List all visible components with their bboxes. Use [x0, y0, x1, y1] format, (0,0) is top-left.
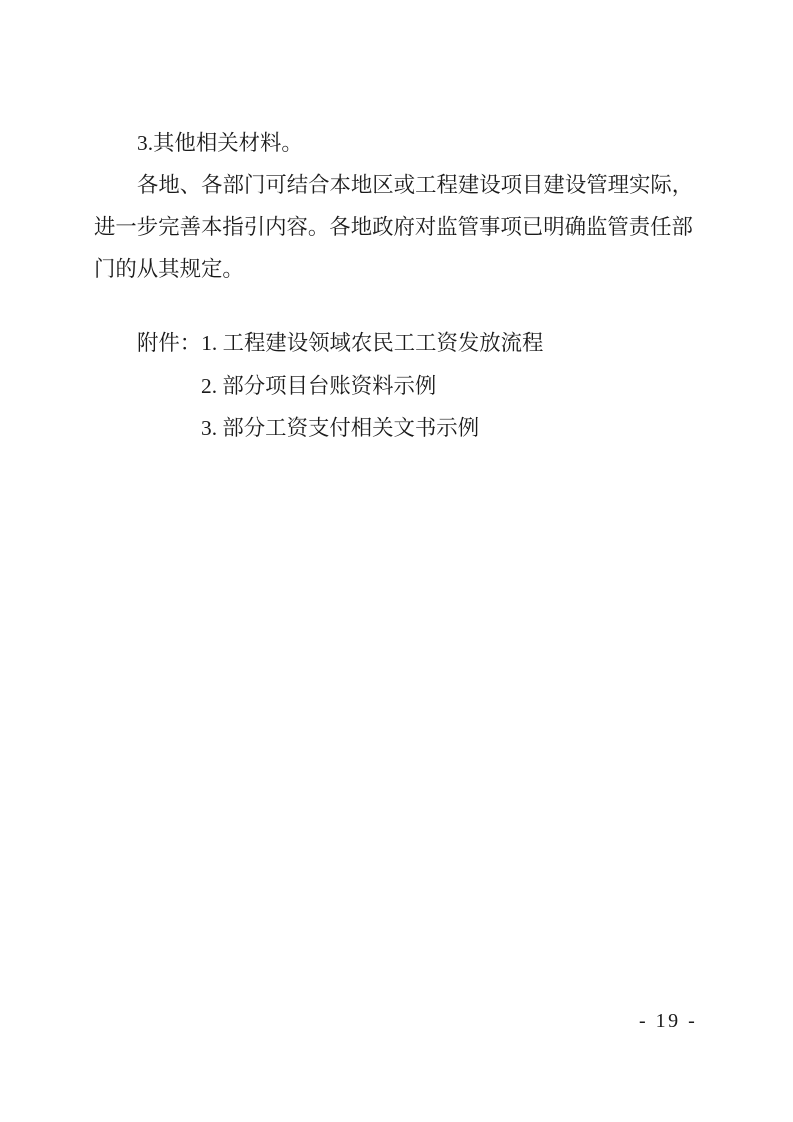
paragraph-line-2: 进一步完善本指引内容。各地政府对监管事项已明确监管责任部 — [94, 206, 754, 248]
attachment-line-1: 附件：1. 工程建设领域农民工工资发放流程 — [94, 322, 754, 365]
paragraph-line-1: 各地、各部门可结合本地区或工程建设项目建设管理实际， — [94, 164, 754, 206]
body-text: 3.其他相关材料。 各地、各部门可结合本地区或工程建设项目建设管理实际， 进一步… — [94, 122, 754, 290]
attachment-item-3: 3. 部分工资支付相关文书示例 — [94, 407, 754, 450]
attachments-block: 附件：1. 工程建设领域农民工工资发放流程 2. 部分项目台账资料示例 3. 部… — [94, 322, 754, 450]
paragraph-line-3: 门的从其规定。 — [94, 248, 754, 290]
document-page: 3.其他相关材料。 各地、各部门可结合本地区或工程建设项目建设管理实际， 进一步… — [0, 0, 793, 1122]
section-heading: 3.其他相关材料。 — [94, 122, 754, 164]
attachment-item-2: 2. 部分项目台账资料示例 — [94, 365, 754, 408]
attachment-item-1: 1. 工程建设领域农民工工资发放流程 — [201, 331, 543, 355]
page-number: - 19 - — [639, 1010, 697, 1033]
attachments-label: 附件： — [137, 331, 201, 355]
